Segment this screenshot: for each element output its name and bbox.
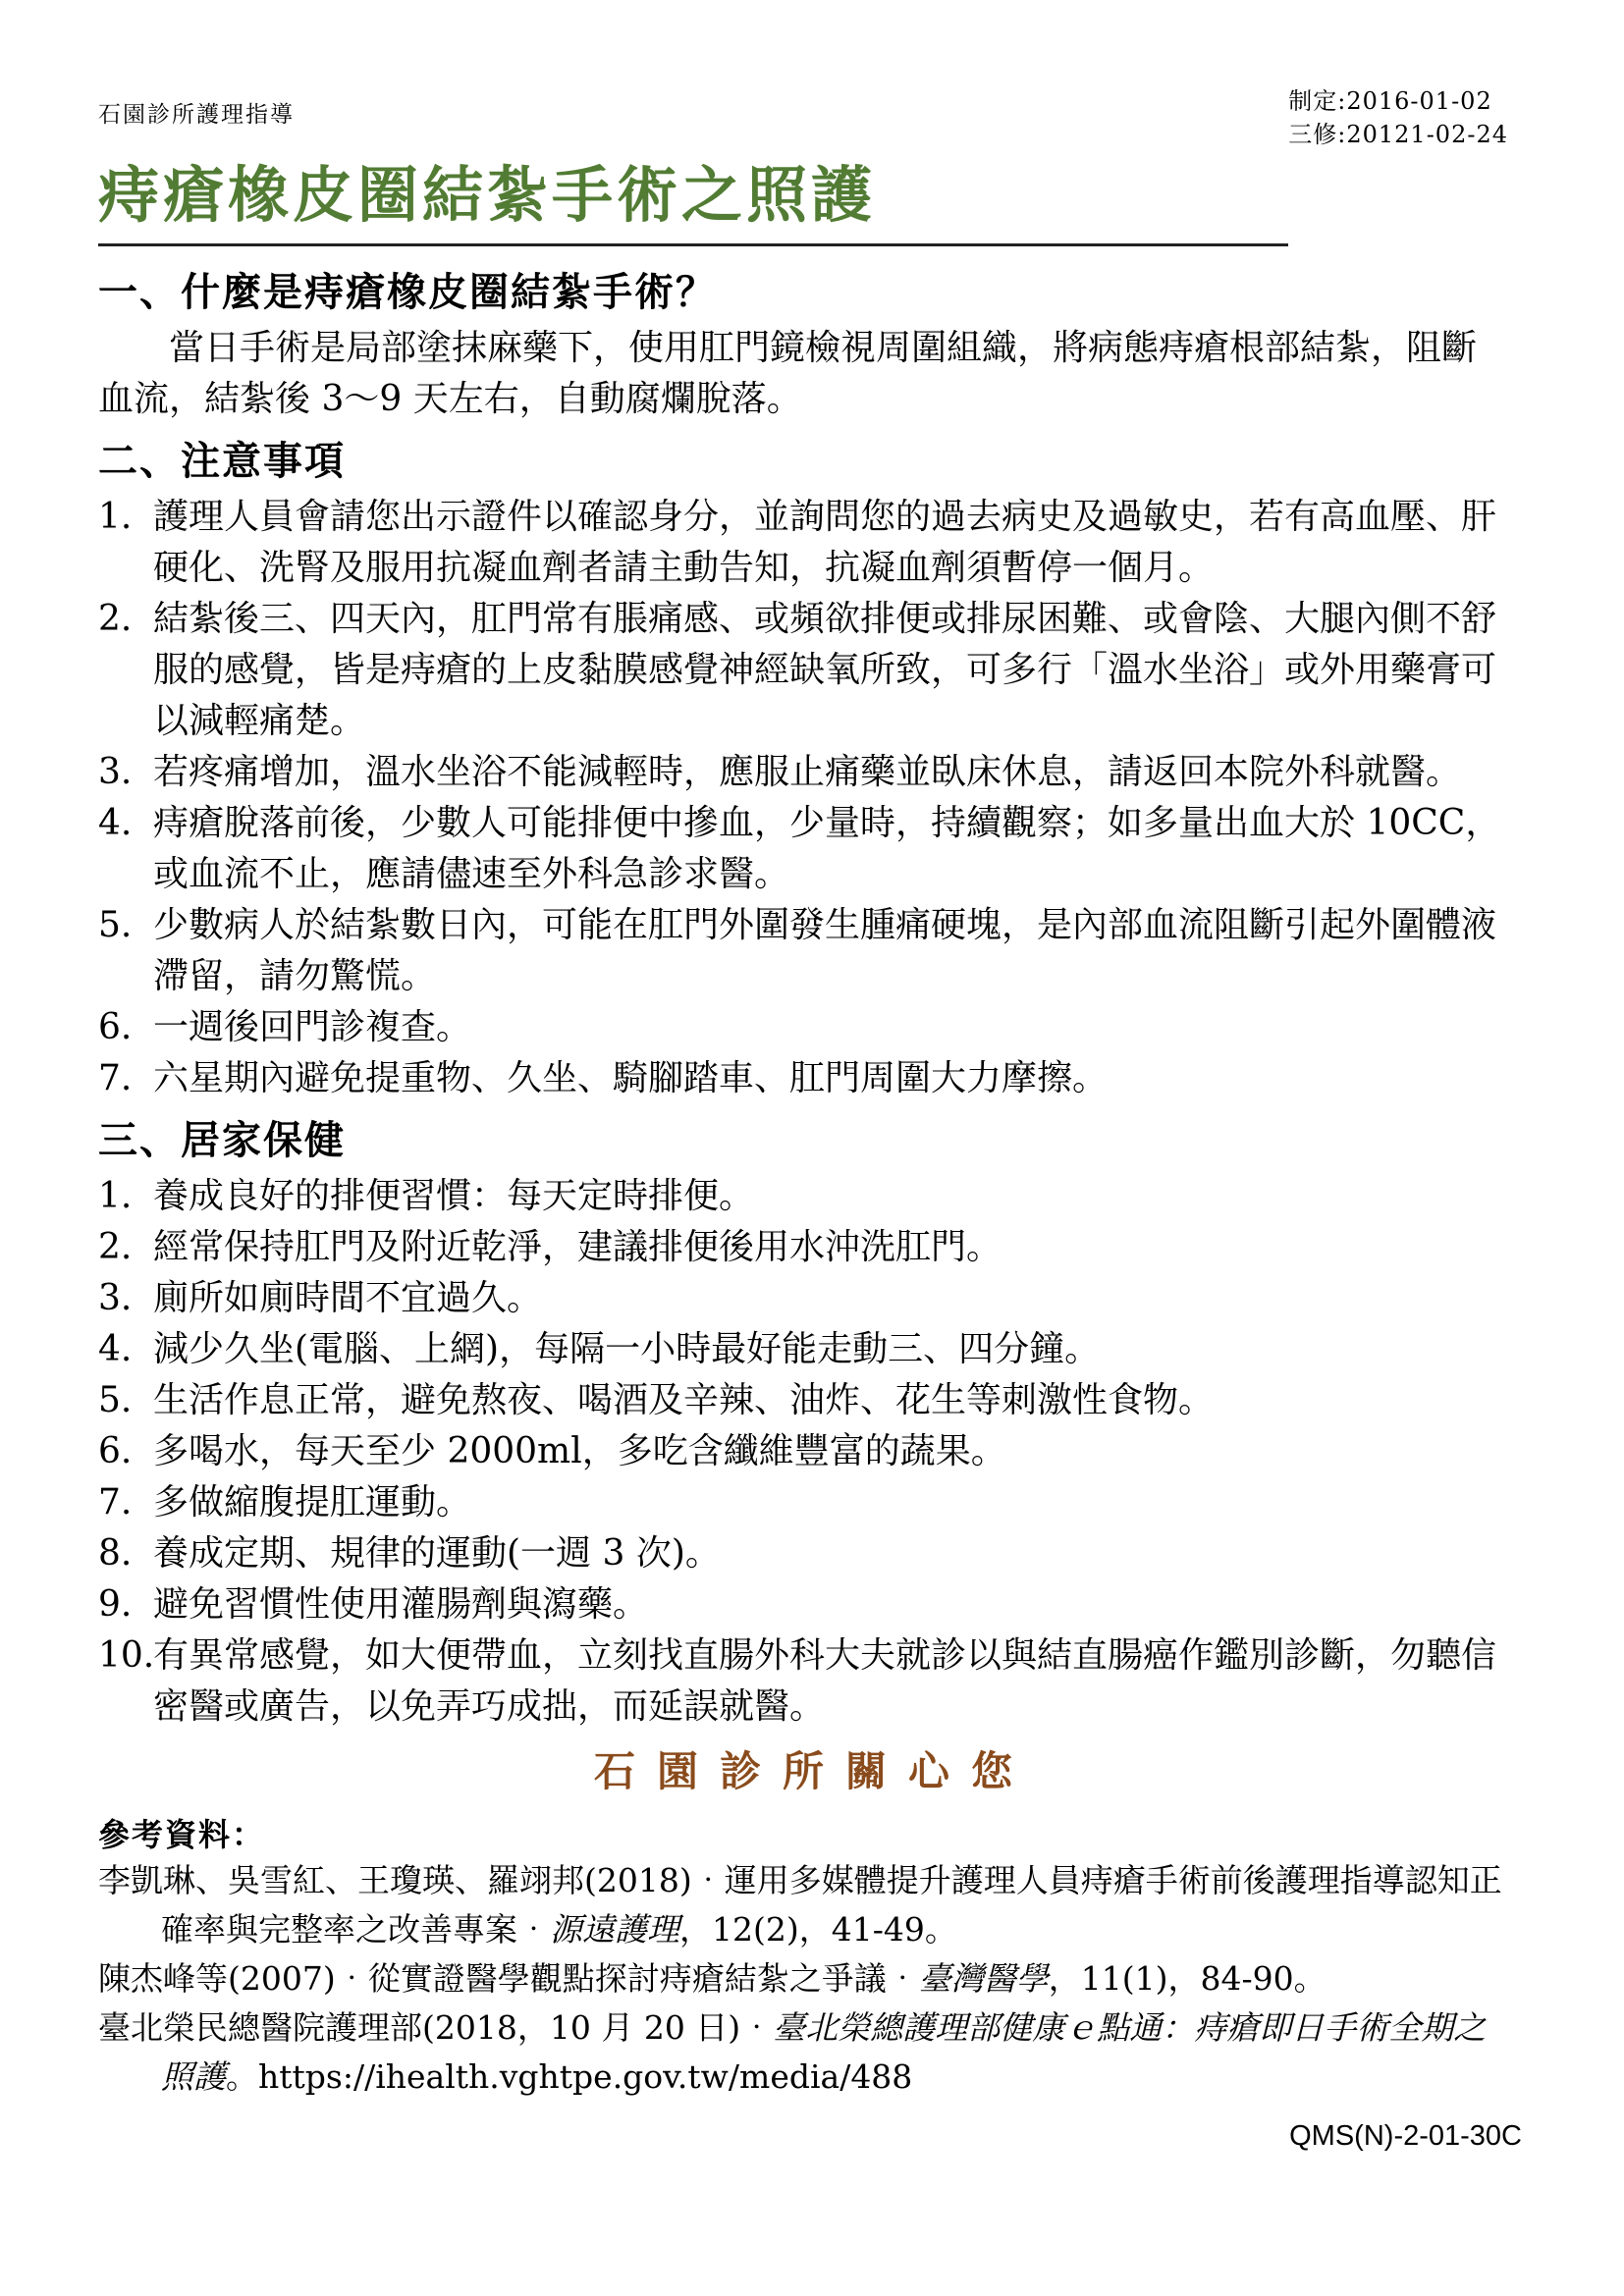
item-number: 1.	[98, 492, 153, 594]
reference-source: 臺灣醫學	[919, 1959, 1049, 1998]
reference-entry: 陳杰峰等(2007)‧從實證醫學觀點探討痔瘡結紮之爭議‧臺灣醫學，11(1)，8…	[98, 1954, 1508, 2003]
item-number: 3.	[98, 1273, 153, 1324]
item-text: 廁所如廁時間不宜過久。	[153, 1273, 1508, 1324]
list-item: 7. 六星期內避免提重物、久坐、騎腳踏車、肛門周圍大力摩擦。	[98, 1053, 1508, 1104]
intro-paragraph: 當日手術是局部塗抹麻藥下，使用肛門鏡檢視周圍組織，將病態痔瘡根部結紮，阻斷血流，…	[98, 323, 1508, 425]
list-item: 4. 減少久坐(電腦、上網)，每隔一小時最好能走動三、四分鐘。	[98, 1324, 1508, 1375]
item-number: 6.	[98, 1426, 153, 1477]
item-number: 5.	[98, 1375, 153, 1426]
revision-dates: 制定:2016-01-02 三修:20121-02-24	[1288, 84, 1508, 151]
list-item: 2. 結紮後三、四天內，肛門常有脹痛感、或頻欲排便或排尿困難、或會陰、大腿內側不…	[98, 594, 1508, 747]
document-page: 石園診所護理指導 制定:2016-01-02 三修:20121-02-24 痔瘡…	[0, 0, 1624, 2296]
item-number: 2.	[98, 1222, 153, 1273]
reference-entry: 臺北榮民總醫院護理部(2018，10 月 20 日)‧臺北榮總護理部健康ｅ點通：…	[98, 2003, 1508, 2102]
list-item: 10. 有異常感覺，如大便帶血，立刻找直腸外科大夫就診以與結直腸癌作鑑別診斷，勿…	[98, 1630, 1508, 1733]
page-title: 痔瘡橡皮圈結紮手術之照護	[98, 151, 1508, 240]
section-heading-home-care: 三、居家保健	[98, 1116, 1508, 1165]
item-text: 護理人員會請您出示證件以確認身分，並詢問您的過去病史及過敏史，若有高血壓、肝硬化…	[153, 492, 1508, 594]
list-item: 1. 養成良好的排便習慣：每天定時排便。	[98, 1171, 1508, 1222]
list-item: 3. 若疼痛增加，溫水坐浴不能減輕時，應服止痛藥並臥床休息，請返回本院外科就醫。	[98, 747, 1508, 798]
item-text: 避免習慣性使用灌腸劑與瀉藥。	[153, 1579, 1508, 1630]
list-item: 4. 痔瘡脫落前後，少數人可能排便中摻血，少量時，持續觀察；如多量出血大於 10…	[98, 798, 1508, 900]
item-text: 若疼痛增加，溫水坐浴不能減輕時，應服止痛藥並臥床休息，請返回本院外科就醫。	[153, 747, 1508, 798]
item-text: 減少久坐(電腦、上網)，每隔一小時最好能走動三、四分鐘。	[153, 1324, 1508, 1375]
reference-text-post: ，12(2)，41-49。	[679, 1910, 957, 1949]
reference-text-pre: 臺北榮民總醫院護理部(2018，10 月 20 日)‧	[98, 2008, 773, 2047]
references-heading: 參考資料：	[98, 1813, 1508, 1856]
item-text: 多做縮腹提肛運動。	[153, 1477, 1508, 1528]
item-number: 10.	[98, 1630, 153, 1733]
list-item: 9. 避免習慣性使用灌腸劑與瀉藥。	[98, 1579, 1508, 1630]
closing-message: 石園診所關心您	[98, 1744, 1508, 1799]
item-text: 有異常感覺，如大便帶血，立刻找直腸外科大夫就診以與結直腸癌作鑑別診斷，勿聽信密醫…	[153, 1630, 1508, 1733]
reference-text-pre: 陳杰峰等(2007)‧從實證醫學觀點探討痔瘡結紮之爭議‧	[98, 1959, 919, 1998]
reference-text-post: ，11(1)，84-90。	[1049, 1959, 1326, 1998]
item-number: 1.	[98, 1171, 153, 1222]
item-number: 2.	[98, 594, 153, 747]
third-revision-date: 三修:20121-02-24	[1288, 118, 1508, 151]
section-heading-precautions: 二、注意事項	[98, 437, 1508, 486]
reference-source: 源遠護理	[550, 1910, 679, 1949]
item-text: 生活作息正常，避免熬夜、喝酒及辛辣、油炸、花生等刺激性食物。	[153, 1375, 1508, 1426]
item-number: 5.	[98, 900, 153, 1002]
list-item: 5. 生活作息正常，避免熬夜、喝酒及辛辣、油炸、花生等刺激性食物。	[98, 1375, 1508, 1426]
item-text: 少數病人於結紮數日內，可能在肛門外圍發生腫痛硬塊，是內部血流阻斷引起外圍體液滯留…	[153, 900, 1508, 1002]
item-text: 六星期內避免提重物、久坐、騎腳踏車、肛門周圍大力摩擦。	[153, 1053, 1508, 1104]
list-item: 2. 經常保持肛門及附近乾淨，建議排便後用水沖洗肛門。	[98, 1222, 1508, 1273]
item-text: 多喝水，每天至少 2000ml，多吃含纖維豐富的蔬果。	[153, 1426, 1508, 1477]
list-item: 1. 護理人員會請您出示證件以確認身分，並詢問您的過去病史及過敏史，若有高血壓、…	[98, 492, 1508, 594]
item-number: 4.	[98, 1324, 153, 1375]
item-text: 養成良好的排便習慣：每天定時排便。	[153, 1171, 1508, 1222]
item-number: 4.	[98, 798, 153, 900]
list-item: 7. 多做縮腹提肛運動。	[98, 1477, 1508, 1528]
item-number: 6.	[98, 1002, 153, 1053]
list-item: 5. 少數病人於結紮數日內，可能在肛門外圍發生腫痛硬塊，是內部血流阻斷引起外圍體…	[98, 900, 1508, 1002]
item-text: 痔瘡脫落前後，少數人可能排便中摻血，少量時，持續觀察；如多量出血大於 10CC，…	[153, 798, 1508, 900]
list-item: 6. 多喝水，每天至少 2000ml，多吃含纖維豐富的蔬果。	[98, 1426, 1508, 1477]
item-number: 9.	[98, 1579, 153, 1630]
list-item: 6. 一週後回門診複查。	[98, 1002, 1508, 1053]
reference-entry: 李凱琳、吳雪紅、王瓊瑛、羅翊邦(2018)‧運用多媒體提升護理人員痔瘡手術前後護…	[98, 1856, 1508, 1954]
list-item: 3. 廁所如廁時間不宜過久。	[98, 1273, 1508, 1324]
item-text: 經常保持肛門及附近乾淨，建議排便後用水沖洗肛門。	[153, 1222, 1508, 1273]
home-care-list: 1. 養成良好的排便習慣：每天定時排便。 2. 經常保持肛門及附近乾淨，建議排便…	[98, 1171, 1508, 1733]
item-number: 7.	[98, 1053, 153, 1104]
item-text: 一週後回門診複查。	[153, 1002, 1508, 1053]
reference-text-post: 。https://ihealth.vghtpe.gov.tw/media/488	[226, 2057, 912, 2096]
item-number: 8.	[98, 1528, 153, 1579]
item-text: 結紮後三、四天內，肛門常有脹痛感、或頻欲排便或排尿困難、或會陰、大腿內側不舒服的…	[153, 594, 1508, 747]
established-date: 制定:2016-01-02	[1288, 84, 1508, 118]
title-underline	[98, 243, 1288, 246]
item-number: 3.	[98, 747, 153, 798]
clinic-guidance-label: 石園診所護理指導	[98, 84, 295, 129]
document-code: QMS(N)-2-01-30C	[1289, 2120, 1522, 2153]
item-number: 7.	[98, 1477, 153, 1528]
list-item: 8. 養成定期、規律的運動(一週 3 次)。	[98, 1528, 1508, 1579]
item-text: 養成定期、規律的運動(一週 3 次)。	[153, 1528, 1508, 1579]
precautions-list: 1. 護理人員會請您出示證件以確認身分，並詢問您的過去病史及過敏史，若有高血壓、…	[98, 492, 1508, 1104]
section-heading-what-is: 一、什麼是痔瘡橡皮圈結紮手術？	[98, 268, 1508, 317]
page-header: 石園診所護理指導 制定:2016-01-02 三修:20121-02-24	[98, 84, 1508, 151]
